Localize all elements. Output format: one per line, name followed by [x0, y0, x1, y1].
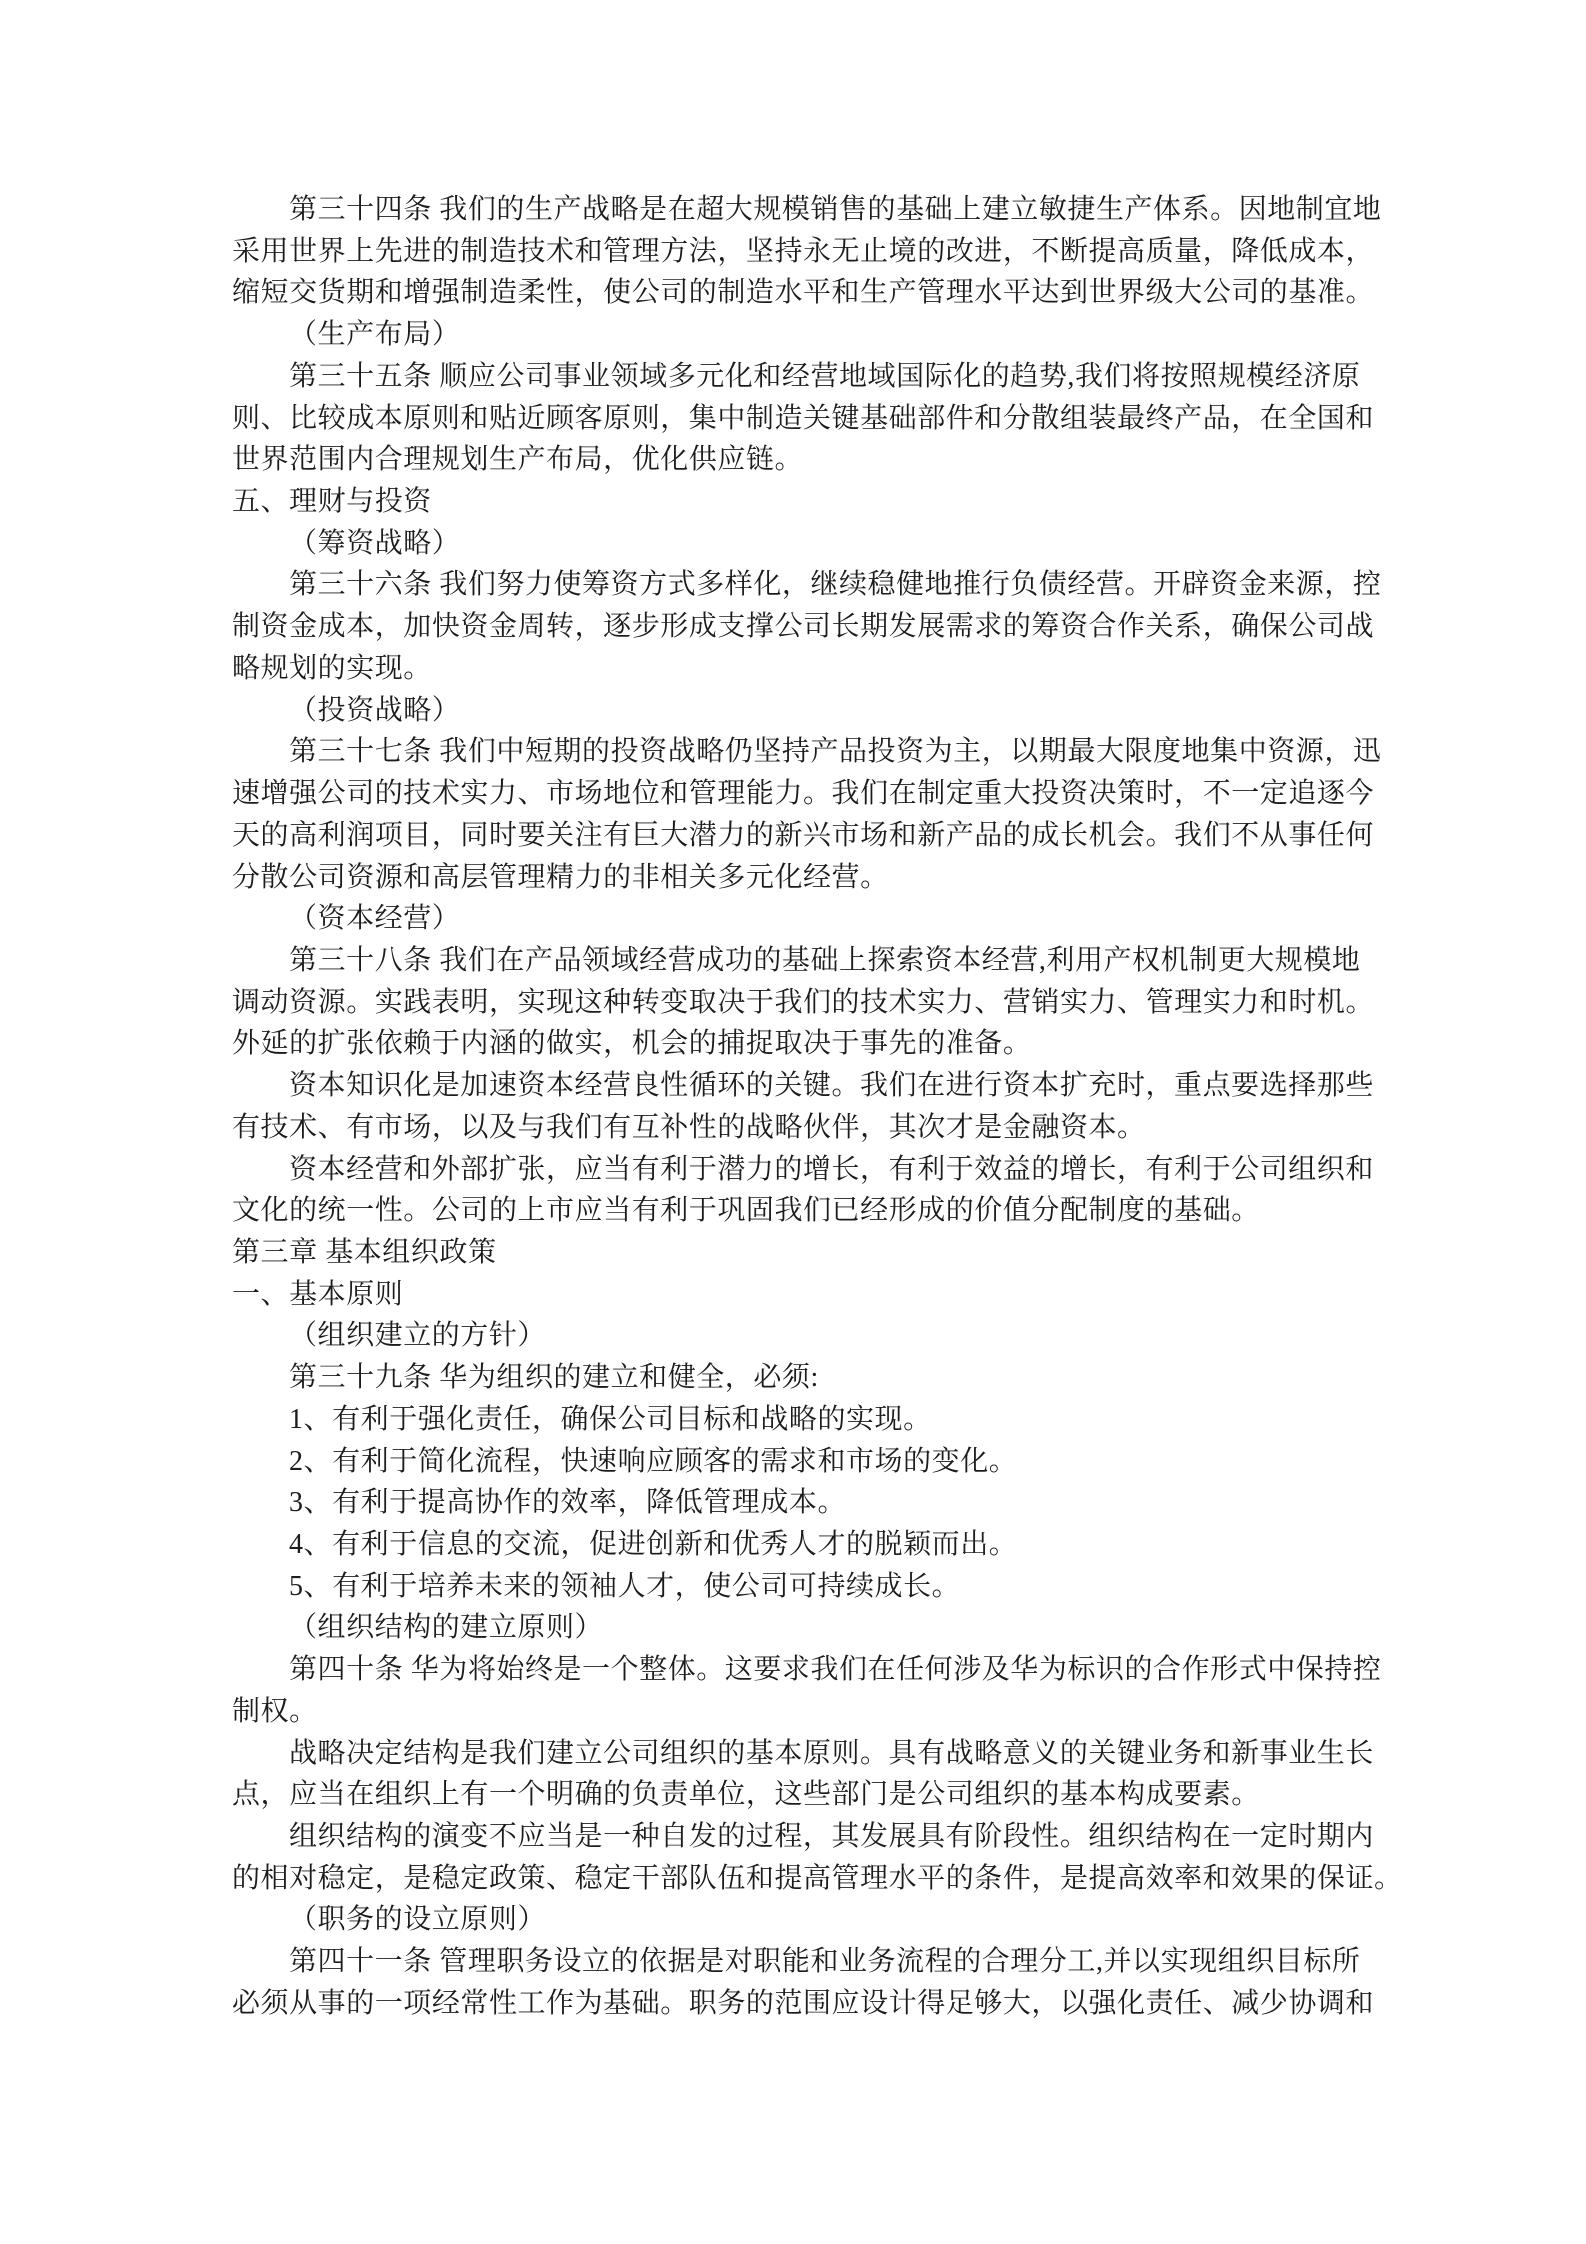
- text-line: 5、有利于培养未来的领袖人才，使公司可持续成长。: [232, 1566, 1382, 1608]
- text-line: 必须从事的一项经常性工作为基础。职务的范围应设计得足够大，以强化责任、减少协调和: [232, 1983, 1382, 2025]
- text-line: 采用世界上先进的制造技术和管理方法，坚持永无止境的改进，不断提高质量，降低成本，: [232, 231, 1382, 273]
- text-line: （生产布局）: [232, 314, 1382, 356]
- text-line: 略规划的实现。: [232, 648, 1382, 690]
- text-line: （资本经营）: [232, 898, 1382, 940]
- text-line: 3、有利于提高协作的效率，降低管理成本。: [232, 1482, 1382, 1524]
- text-line: 第三十八条 我们在产品领域经营成功的基础上探索资本经营,利用产权机制更大规模地: [232, 940, 1382, 982]
- text-line: （组织结构的建立原则）: [232, 1607, 1382, 1649]
- text-line: 有技术、有市场，以及与我们有互补性的战略伙伴，其次才是金融资本。: [232, 1107, 1382, 1149]
- text-line: 世界范围内合理规划生产布局，优化供应链。: [232, 439, 1382, 481]
- document-page: 第三十四条 我们的生产战略是在超大规模销售的基础上建立敏捷生产体系。因地制宜地采…: [0, 0, 1586, 2244]
- text-line: 1、有利于强化责任，确保公司目标和战略的实现。: [232, 1399, 1382, 1441]
- text-line: 资本经营和外部扩张，应当有利于潜力的增长，有利于效益的增长，有利于公司组织和: [232, 1149, 1382, 1191]
- text-line: 制权。: [232, 1691, 1382, 1733]
- text-line: 一、基本原则: [232, 1274, 1382, 1316]
- text-line: 外延的扩张依赖于内涵的做实，机会的捕捉取决于事先的准备。: [232, 1023, 1382, 1065]
- text-line: 第三章 基本组织政策: [232, 1232, 1382, 1274]
- text-line: （组织建立的方针）: [232, 1315, 1382, 1357]
- text-line: 组织结构的演变不应当是一种自发的过程，其发展具有阶段性。组织结构在一定时期内: [232, 1816, 1382, 1858]
- text-line: 的相对稳定，是稳定政策、稳定干部队伍和提高管理水平的条件，是提高效率和效果的保证…: [232, 1858, 1382, 1900]
- document-body: 第三十四条 我们的生产战略是在超大规模销售的基础上建立敏捷生产体系。因地制宜地采…: [232, 189, 1382, 2025]
- text-line: 调动资源。实践表明，实现这种转变取决于我们的技术实力、营销实力、管理实力和时机。: [232, 982, 1382, 1024]
- text-line: 缩短交货期和增强制造柔性，使公司的制造水平和生产管理水平达到世界级大公司的基准。: [232, 272, 1382, 314]
- text-line: 第三十七条 我们中短期的投资战略仍坚持产品投资为主，以期最大限度地集中资源，迅: [232, 731, 1382, 773]
- text-line: 4、有利于信息的交流，促进创新和优秀人才的脱颖而出。: [232, 1524, 1382, 1566]
- text-line: 第四十一条 管理职务设立的依据是对职能和业务流程的合理分工,并以实现组织目标所: [232, 1941, 1382, 1983]
- text-line: （投资战略）: [232, 690, 1382, 732]
- text-line: 第三十四条 我们的生产战略是在超大规模销售的基础上建立敏捷生产体系。因地制宜地: [232, 189, 1382, 231]
- text-line: 制资金成本，加快资金周转，逐步形成支撑公司长期发展需求的筹资合作关系，确保公司战: [232, 606, 1382, 648]
- text-line: 战略决定结构是我们建立公司组织的基本原则。具有战略意义的关键业务和新事业生长: [232, 1733, 1382, 1775]
- text-line: 第三十五条 顺应公司事业领域多元化和经营地域国际化的趋势,我们将按照规模经济原: [232, 356, 1382, 398]
- text-line: 则、比较成本原则和贴近顾客原则，集中制造关键基础部件和分散组装最终产品，在全国和: [232, 398, 1382, 440]
- text-line: 五、理财与投资: [232, 481, 1382, 523]
- text-line: 速增强公司的技术实力、市场地位和管理能力。我们在制定重大投资决策时，不一定追逐今: [232, 773, 1382, 815]
- text-line: 分散公司资源和高层管理精力的非相关多元化经营。: [232, 857, 1382, 899]
- text-line: （筹资战略）: [232, 523, 1382, 565]
- text-line: 点，应当在组织上有一个明确的负责单位，这些部门是公司组织的基本构成要素。: [232, 1774, 1382, 1816]
- text-line: 第三十九条 华为组织的建立和健全，必须:: [232, 1357, 1382, 1399]
- text-line: 第四十条 华为将始终是一个整体。这要求我们在任何涉及华为标识的合作形式中保持控: [232, 1649, 1382, 1691]
- text-line: 资本知识化是加速资本经营良性循环的关键。我们在进行资本扩充时，重点要选择那些: [232, 1065, 1382, 1107]
- text-line: 第三十六条 我们努力使筹资方式多样化，继续稳健地推行负债经营。开辟资金来源，控: [232, 564, 1382, 606]
- text-line: 文化的统一性。公司的上市应当有利于巩固我们已经形成的价值分配制度的基础。: [232, 1190, 1382, 1232]
- text-line: 2、有利于简化流程，快速响应顾客的需求和市场的变化。: [232, 1441, 1382, 1483]
- text-line: 天的高利润项目，同时要关注有巨大潜力的新兴市场和新产品的成长机会。我们不从事任何: [232, 815, 1382, 857]
- text-line: （职务的设立原则）: [232, 1899, 1382, 1941]
